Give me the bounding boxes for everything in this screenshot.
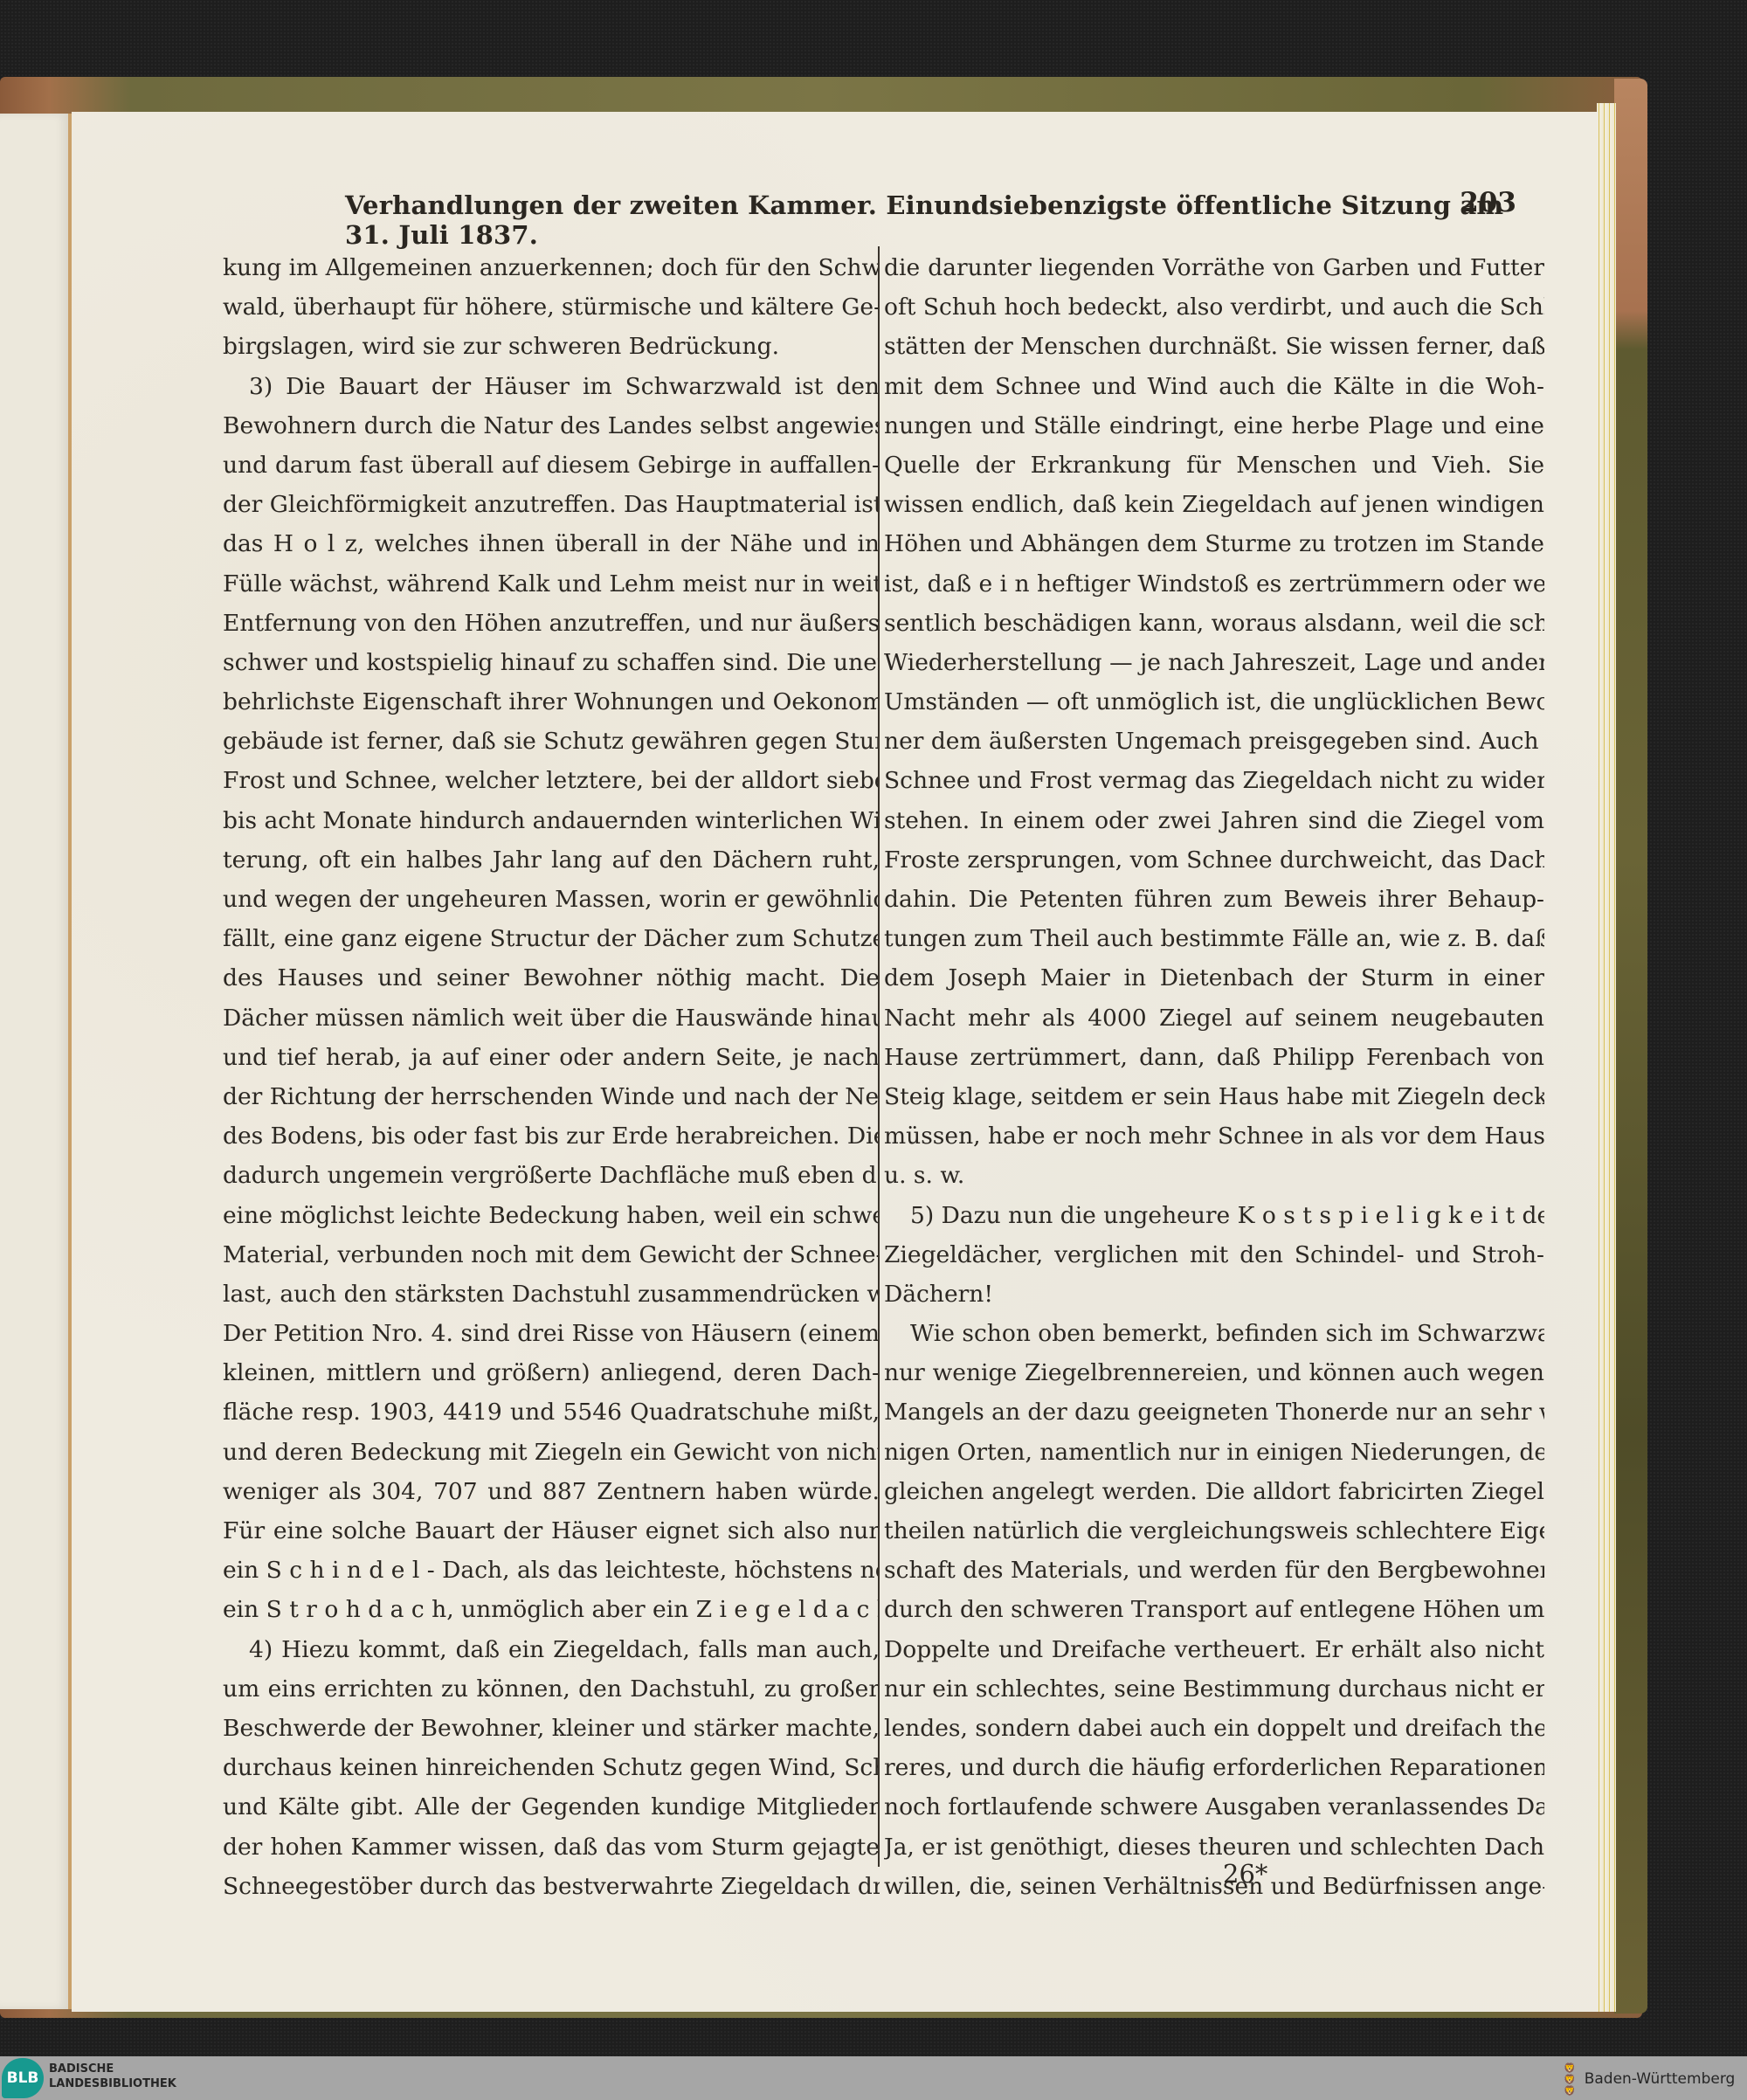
text-line: der Richtung der herrschenden Winde und … bbox=[223, 1077, 880, 1116]
state-logo[interactable]: 🦁🦁🦁 Baden-Württemberg bbox=[1564, 2062, 1735, 2097]
text-line: nigen Orten, namentlich nur in einigen N… bbox=[884, 1433, 1544, 1472]
text-column-left: kung im Allgemeinen anzuerkennen; doch f… bbox=[223, 248, 880, 1906]
text-line: Ja, er ist genöthigt, dieses theuren und… bbox=[884, 1827, 1544, 1867]
text-line: nur ein schlechtes, seine Bestimmung dur… bbox=[884, 1669, 1544, 1709]
text-line: schwer und kostspielig hinauf zu schaffe… bbox=[223, 643, 880, 682]
text-line: willen, die, seinen Verhältnissen und Be… bbox=[884, 1867, 1544, 1906]
text-line: Doppelte und Dreifache vertheuert. Er er… bbox=[884, 1630, 1544, 1669]
text-line: Fülle wächst, während Kalk und Lehm meis… bbox=[223, 564, 880, 604]
text-line: durchaus keinen hinreichenden Schutz geg… bbox=[223, 1748, 880, 1787]
text-line: Der Petition Nro. 4. sind drei Risse von… bbox=[223, 1314, 880, 1353]
page-edges bbox=[1597, 103, 1616, 2012]
text-line: Steig klage, seitdem er sein Haus habe m… bbox=[884, 1077, 1544, 1116]
library-name[interactable]: BADISCHE LANDESBIBLIOTHEK bbox=[49, 2062, 176, 2091]
text-line: Für eine solche Bauart der Häuser eignet… bbox=[223, 1511, 880, 1551]
running-title: Verhandlungen der zweiten Kammer. Einund… bbox=[345, 190, 1550, 250]
text-line: und Kälte gibt. Alle der Gegenden kundig… bbox=[223, 1787, 880, 1827]
text-line: Höhen und Abhängen dem Sturme zu trotzen… bbox=[884, 524, 1544, 563]
library-name-line2: LANDESBIBLIOTHEK bbox=[49, 2076, 176, 2091]
text-line: gebäude ist ferner, daß sie Schutz gewäh… bbox=[223, 722, 880, 761]
facing-page-edge bbox=[0, 114, 70, 2009]
text-line: ner dem äußersten Ungemach preisgegeben … bbox=[884, 722, 1544, 761]
text-line: terung, oft ein halbes Jahr lang auf den… bbox=[223, 840, 880, 880]
text-line: fällt, eine ganz eigene Structur der Däc… bbox=[223, 919, 880, 958]
text-line: last, auch den stärksten Dachstuhl zusam… bbox=[223, 1275, 880, 1314]
text-line: des Hauses und seiner Bewohner nöthig ma… bbox=[223, 958, 880, 998]
text-line: Dächer müssen nämlich weit über die Haus… bbox=[223, 998, 880, 1038]
signature-mark: 26* bbox=[1223, 1859, 1267, 1889]
text-line: sentlich beschädigen kann, woraus alsdan… bbox=[884, 604, 1544, 643]
text-line: Bewohnern durch die Natur des Landes sel… bbox=[223, 406, 880, 446]
library-name-line1: BADISCHE bbox=[49, 2062, 176, 2076]
text-line: 4) Hiezu kommt, daß ein Ziegeldach, fall… bbox=[223, 1630, 880, 1669]
text-line: noch fortlaufende schwere Ausgaben veran… bbox=[884, 1787, 1544, 1827]
state-name: Baden-Württemberg bbox=[1585, 2070, 1736, 2088]
text-line: Wiederherstellung — je nach Jahreszeit, … bbox=[884, 643, 1544, 682]
text-line: gleichen angelegt werden. Die alldort fa… bbox=[884, 1472, 1544, 1511]
text-column-right: die darunter liegenden Vorräthe von Garb… bbox=[884, 248, 1544, 1906]
text-line: Ziegeldächer, verglichen mit den Schinde… bbox=[884, 1235, 1544, 1275]
text-line: nur wenige Ziegelbrennereien, und können… bbox=[884, 1353, 1544, 1392]
text-line: 3) Die Bauart der Häuser im Schwarzwald … bbox=[223, 367, 880, 406]
text-line: müssen, habe er noch mehr Schnee in als … bbox=[884, 1116, 1544, 1156]
text-line: kleinen, mittlern und größern) anliegend… bbox=[223, 1353, 880, 1392]
page-number: 203 bbox=[1460, 187, 1516, 218]
text-line: theilen natürlich die vergleichungsweis … bbox=[884, 1511, 1544, 1551]
text-line: wald, überhaupt für höhere, stürmische u… bbox=[223, 287, 880, 327]
text-line: mit dem Schnee und Wind auch die Kälte i… bbox=[884, 367, 1544, 406]
page-header: Verhandlungen der zweiten Kammer. Einund… bbox=[345, 183, 1550, 227]
lions-crest-icon: 🦁🦁🦁 bbox=[1564, 2062, 1576, 2097]
blb-logo-text: BLB bbox=[7, 2069, 39, 2087]
text-line: das H o l z, welches ihnen überall in de… bbox=[223, 524, 880, 563]
text-line: durch den schweren Transport auf entlege… bbox=[884, 1590, 1544, 1629]
text-line: und tief herab, ja auf einer oder andern… bbox=[223, 1038, 880, 1077]
text-line: dadurch ungemein vergrößerte Dachfläche … bbox=[223, 1156, 880, 1195]
text-line: Beschwerde der Bewohner, kleiner und stä… bbox=[223, 1709, 880, 1748]
text-line: ist, daß e i n heftiger Windstoß es zert… bbox=[884, 564, 1544, 604]
text-line: dahin. Die Petenten führen zum Beweis ih… bbox=[884, 880, 1544, 919]
text-line: und wegen der ungeheuren Massen, worin e… bbox=[223, 880, 880, 919]
text-line: tungen zum Theil auch bestimmte Fälle an… bbox=[884, 919, 1544, 958]
book-cover-edge bbox=[1614, 79, 1647, 2014]
text-line: behrlichste Eigenschaft ihrer Wohnungen … bbox=[223, 682, 880, 722]
text-line: 5) Dazu nun die ungeheure K o s t s p i … bbox=[884, 1196, 1544, 1235]
text-line: Umständen — oft unmöglich ist, die unglü… bbox=[884, 682, 1544, 722]
text-line: weniger als 304, 707 und 887 Zentnern ha… bbox=[223, 1472, 880, 1511]
text-line: Mangels an der dazu geeigneten Thonerde … bbox=[884, 1392, 1544, 1432]
text-line: Wie schon oben bemerkt, befinden sich im… bbox=[884, 1314, 1544, 1353]
text-line: reres, und durch die häufig erforderlich… bbox=[884, 1748, 1544, 1787]
footer-bar bbox=[0, 2056, 1747, 2100]
text-line: birgslagen, wird sie zur schweren Bedrüc… bbox=[223, 327, 880, 366]
text-line: bis acht Monate hindurch andauernden win… bbox=[223, 801, 880, 840]
text-line: ein S t r o h d a c h, unmöglich aber ei… bbox=[223, 1590, 880, 1629]
text-line: des Bodens, bis oder fast bis zur Erde h… bbox=[223, 1116, 880, 1156]
text-line: der Gleichförmigkeit anzutreffen. Das Ha… bbox=[223, 485, 880, 524]
text-line: der hohen Kammer wissen, daß das vom Stu… bbox=[223, 1827, 880, 1867]
text-line: die darunter liegenden Vorräthe von Garb… bbox=[884, 248, 1544, 287]
text-line: wissen endlich, daß kein Ziegeldach auf … bbox=[884, 485, 1544, 524]
text-line: Froste zersprungen, vom Schnee durchweic… bbox=[884, 840, 1544, 880]
text-line: stätten der Menschen durchnäßt. Sie wiss… bbox=[884, 327, 1544, 366]
text-line: u. s. w. bbox=[884, 1156, 1544, 1195]
text-line: lendes, sondern dabei auch ein doppelt u… bbox=[884, 1709, 1544, 1748]
text-line: kung im Allgemeinen anzuerkennen; doch f… bbox=[223, 248, 880, 287]
text-line: Schneegestöber durch das bestverwahrte Z… bbox=[223, 1867, 880, 1906]
text-line: und deren Bedeckung mit Ziegeln ein Gewi… bbox=[223, 1433, 880, 1472]
text-line: eine möglichst leichte Bedeckung haben, … bbox=[223, 1196, 880, 1235]
text-line: um eins errichten zu können, den Dachstu… bbox=[223, 1669, 880, 1709]
text-line: Quelle der Erkrankung für Menschen und V… bbox=[884, 446, 1544, 485]
text-line: nungen und Ställe eindringt, eine herbe … bbox=[884, 406, 1544, 446]
text-line: und darum fast überall auf diesem Gebirg… bbox=[223, 446, 880, 485]
text-line: Schnee und Frost vermag das Ziegeldach n… bbox=[884, 761, 1544, 800]
text-line: Entfernung von den Höhen anzutreffen, un… bbox=[223, 604, 880, 643]
text-line: ein S c h i n d e l - Dach, als das leic… bbox=[223, 1551, 880, 1590]
text-line: dem Joseph Maier in Dietenbach der Sturm… bbox=[884, 958, 1544, 998]
text-line: Hause zertrümmert, dann, daß Philipp Fer… bbox=[884, 1038, 1544, 1077]
blb-logo[interactable]: BLB bbox=[2, 2058, 44, 2098]
text-line: stehen. In einem oder zwei Jahren sind d… bbox=[884, 801, 1544, 840]
text-line: oft Schuh hoch bedeckt, also verdirbt, u… bbox=[884, 287, 1544, 327]
column-rule bbox=[878, 246, 880, 1867]
text-line: Dächern! bbox=[884, 1275, 1544, 1314]
text-line: Frost und Schnee, welcher letztere, bei … bbox=[223, 761, 880, 800]
text-line: fläche resp. 1903, 4419 und 5546 Quadrat… bbox=[223, 1392, 880, 1432]
text-line: schaft des Materials, und werden für den… bbox=[884, 1551, 1544, 1590]
text-line: Nacht mehr als 4000 Ziegel auf seinem ne… bbox=[884, 998, 1544, 1038]
text-line: Material, verbunden noch mit dem Gewicht… bbox=[223, 1235, 880, 1275]
